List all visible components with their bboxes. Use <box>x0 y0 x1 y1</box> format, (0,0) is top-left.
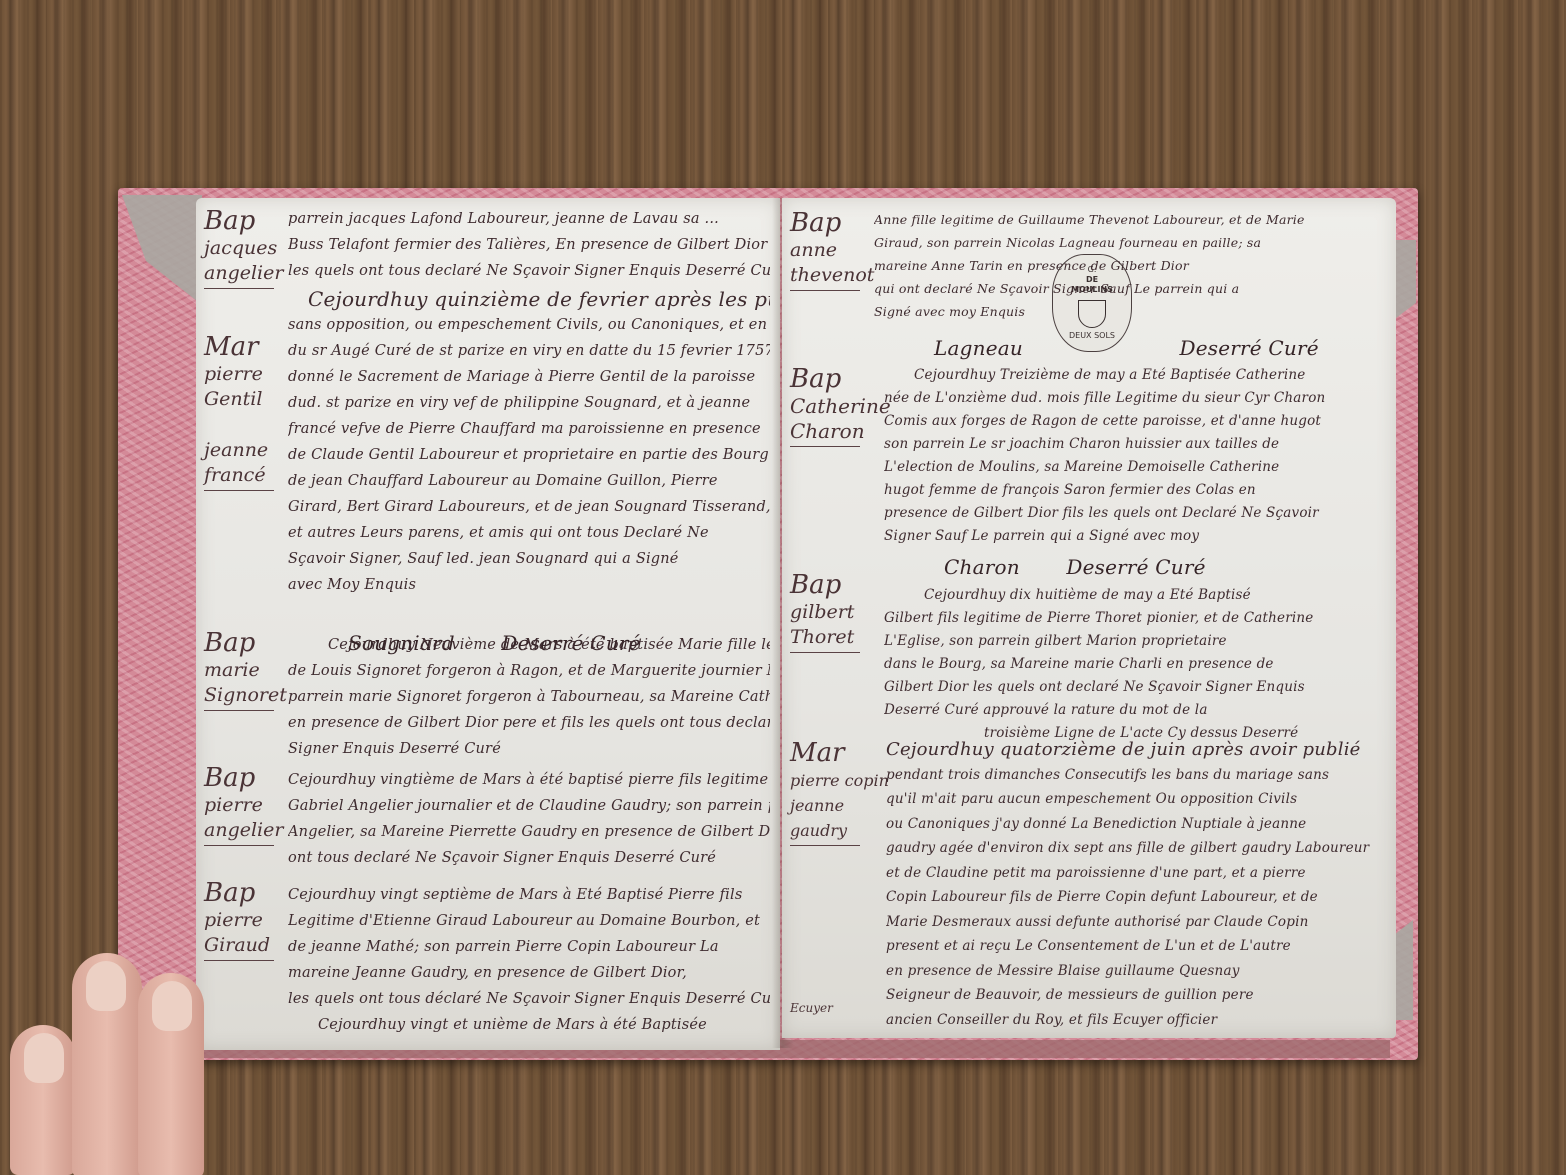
entry-text: Cejourdhuy Neuvième de Mars à été baptis… <box>288 632 770 762</box>
entry-text: Cejourdhuy quinzième de fevrier après le… <box>288 286 770 658</box>
margin-rule <box>204 710 274 711</box>
entry-text: Cejourdhuy vingt septième de Mars à Eté … <box>288 882 770 1038</box>
margin-note: Bap jacques angelier <box>204 206 284 289</box>
margin-rule <box>204 490 274 491</box>
margin-rule <box>790 290 860 291</box>
right-page: G. DE MOULINS DEUX SOLS Bap anne theveno… <box>782 198 1396 1038</box>
entry-text: Cejourdhuy Treizième de may a Eté Baptis… <box>884 364 1386 582</box>
entry-text: Anne fille legitime de Guillaume Theveno… <box>874 208 1386 363</box>
margin-rule <box>790 446 860 447</box>
margin-rule <box>204 845 274 846</box>
finger <box>138 973 204 1175</box>
margin-rule <box>790 652 860 653</box>
margin-note: Bap pierre Giraud <box>204 878 284 961</box>
margin-note: Mar pierre copin jeanne gaudry Ecuyer <box>790 738 890 1021</box>
margin-note: Bap Catherine Charon <box>790 364 886 447</box>
margin-note: Mar pierre Gentil jeanne francé <box>204 332 284 491</box>
margin-note: Bap gilbert Thoret <box>790 570 870 653</box>
entry-text: Cejourdhuy vingtième de Mars à été bapti… <box>288 767 770 871</box>
margin-note: Bap anne thevenot <box>790 208 870 291</box>
signature-line: Charon Deserré Curé <box>884 552 1386 582</box>
margin-rule <box>204 288 274 289</box>
hand-holding-book <box>0 945 205 1175</box>
margin-note: Bap marie Signoret <box>204 628 284 711</box>
finger <box>72 953 142 1175</box>
entry-text: parrein jacques Lafond Laboureur, jeanne… <box>288 206 770 284</box>
margin-note: Bap pierre angelier <box>204 763 284 846</box>
margin-rule <box>790 845 860 846</box>
entry-text: Cejourdhuy quatorzième de juin après avo… <box>886 738 1386 1032</box>
signature-line: Lagneau Deserré Curé <box>874 333 1386 363</box>
left-page: Bap jacques angelier parrein jacques Laf… <box>196 198 780 1050</box>
finger <box>10 1025 76 1175</box>
entry-text: Cejourdhuy dix huitième de may a Eté Bap… <box>884 584 1386 745</box>
margin-rule <box>204 960 274 961</box>
